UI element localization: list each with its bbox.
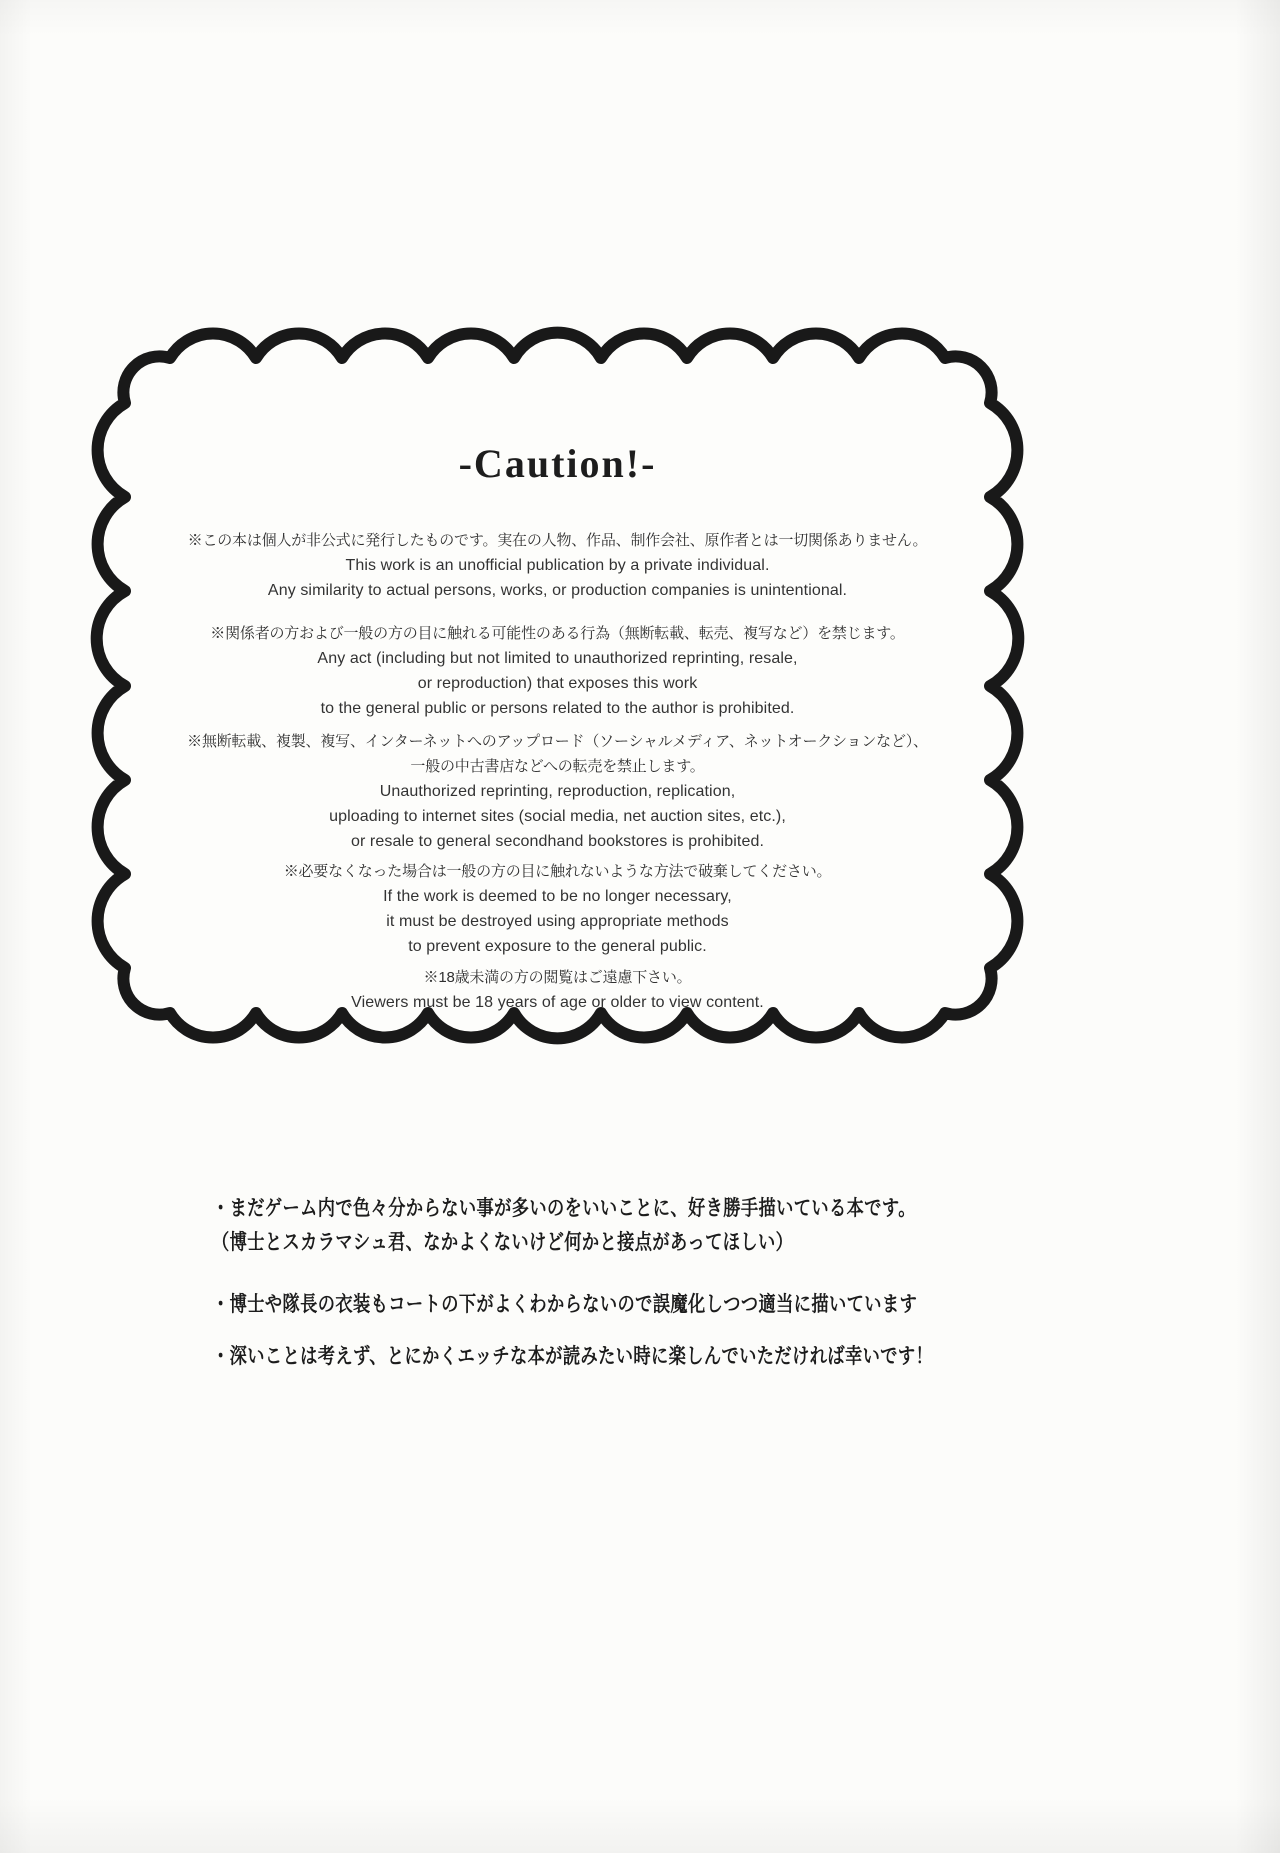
notice-line: Any similarity to actual persons, works,… [135, 578, 980, 603]
afterword-line: （博士とスカラマシュ君、なかよくないけど何かと接点があってほしい） [212, 1226, 793, 1256]
notice-paragraph-reprint-resale: ※無断転載、複製、複写、インターネットへのアップロード（ソーシャルメディア、ネッ… [135, 729, 980, 854]
notice-paragraph-disposal: ※必要なくなった場合は一般の方の目に触れないような方法で破棄してください。 If… [135, 859, 980, 959]
notice-line: ※関係者の方および一般の方の目に触れる可能性のある行為（無断転載、転売、複写など… [135, 621, 980, 646]
notice-line: 一般の中古書店などへの転売を禁止します。 [135, 754, 980, 779]
scanned-doujinshi-caution-page: -Caution!- ※この本は個人が非公式に発行したものです。実在の人物、作品… [0, 0, 1280, 1853]
notice-line: uploading to internet sites (social medi… [135, 804, 980, 829]
notice-line: to the general public or persons related… [135, 696, 980, 721]
caution-box: -Caution!- ※この本は個人が非公式に発行したものです。実在の人物、作品… [95, 328, 1020, 1043]
notice-line: ※必要なくなった場合は一般の方の目に触れないような方法で破棄してください。 [135, 859, 980, 884]
notice-line: ※18歳未満の方の閲覧はご遠慮下さい。 [135, 965, 980, 990]
afterword-line: ・博士や隊長の衣装もコートの下がよくわからないので誤魔化しつつ適当に描いています [212, 1288, 917, 1318]
notice-paragraph-unofficial: ※この本は個人が非公式に発行したものです。実在の人物、作品、制作会社、原作者とは… [135, 528, 980, 603]
notice-line: Unauthorized reprinting, reproduction, r… [135, 779, 980, 804]
afterword-line: ・まだゲーム内で色々分からない事が多いのをいいことに、好き勝手描いている本です。 [212, 1192, 916, 1222]
notice-line: Viewers must be 18 years of age or older… [135, 990, 980, 1015]
notice-paragraph-exposure: ※関係者の方および一般の方の目に触れる可能性のある行為（無断転載、転売、複写など… [135, 621, 980, 721]
afterword-line: ・深いことは考えず、とにかくエッチな本が読みたい時に楽しんでいただければ幸いです… [212, 1340, 933, 1370]
notice-line: to prevent exposure to the general publi… [135, 934, 980, 959]
notice-line: Any act (including but not limited to un… [135, 646, 980, 671]
caution-title: -Caution!- [95, 440, 1020, 487]
caution-content: -Caution!- ※この本は個人が非公式に発行したものです。実在の人物、作品… [95, 328, 1020, 1043]
notice-line: it must be destroyed using appropriate m… [135, 909, 980, 934]
notice-line: This work is an unofficial publication b… [135, 553, 980, 578]
notice-line: or reproduction) that exposes this work [135, 671, 980, 696]
notice-line: ※この本は個人が非公式に発行したものです。実在の人物、作品、制作会社、原作者とは… [135, 528, 980, 553]
notice-line: ※無断転載、複製、複写、インターネットへのアップロード（ソーシャルメディア、ネッ… [135, 729, 980, 754]
notice-line: or resale to general secondhand bookstor… [135, 829, 980, 854]
notice-line: If the work is deemed to be no longer ne… [135, 884, 980, 909]
notice-paragraph-age-restriction: ※18歳未満の方の閲覧はご遠慮下さい。 Viewers must be 18 y… [135, 965, 980, 1015]
